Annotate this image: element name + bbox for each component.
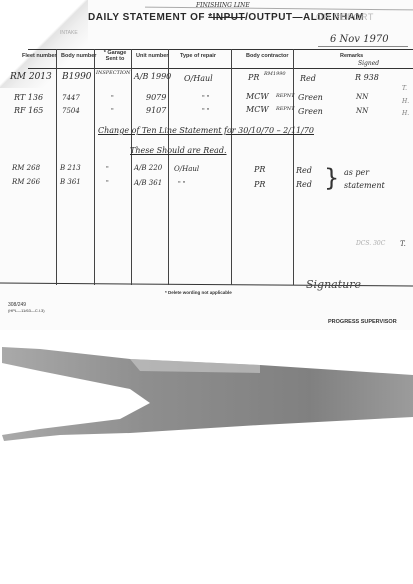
finishing-line-note: FINISHING LINE bbox=[196, 2, 250, 9]
annotation-line1: Change of Ten Line Statement for 30/10/7… bbox=[98, 126, 314, 135]
side-mark: H. bbox=[402, 98, 409, 105]
column-divider bbox=[293, 49, 294, 285]
side-mark: T. bbox=[402, 85, 407, 92]
column-divider bbox=[94, 49, 95, 285]
side-mark: T. bbox=[400, 240, 406, 248]
column-divider bbox=[56, 49, 57, 285]
column-header-contractor: Body contractor bbox=[246, 53, 288, 59]
row5-garage: " bbox=[106, 180, 109, 187]
column-divider bbox=[131, 49, 132, 285]
row1-contractor: PR bbox=[248, 73, 259, 82]
row4-garage: " bbox=[106, 166, 109, 173]
row1-contractor-note: RM1990 bbox=[264, 71, 286, 77]
statement-date: 6 Nov 1970 bbox=[330, 34, 389, 45]
row3-body: 7504 bbox=[62, 107, 80, 115]
row3-fleet: RF 165 bbox=[14, 106, 43, 115]
column-divider bbox=[231, 49, 232, 285]
grouping-brace: } bbox=[324, 164, 339, 192]
row2-remarks: NN bbox=[356, 93, 368, 101]
header-bottom-rule bbox=[28, 68, 413, 69]
row3-unit: 9107 bbox=[146, 106, 166, 115]
column-divider bbox=[168, 49, 169, 285]
date-underline bbox=[318, 46, 408, 47]
row1-unit: A/B 1990 bbox=[134, 72, 171, 81]
row5-repair: " " bbox=[178, 181, 185, 188]
remarks-signature: Signed bbox=[358, 60, 379, 67]
row1-garage: INSPECTION bbox=[96, 70, 130, 76]
row2-fleet: RT 136 bbox=[14, 93, 43, 102]
row2-repair: " " bbox=[202, 95, 209, 102]
progress-supervisor-label: PROGRESS SUPERVISOR bbox=[328, 319, 397, 325]
row4-fleet: RM 268 bbox=[12, 164, 40, 172]
group-remark-line2: statement bbox=[344, 181, 385, 190]
row3-livery: Green bbox=[298, 107, 323, 116]
title-prefix: DAILY STATEMENT OF bbox=[88, 12, 208, 23]
column-header-remarks: Remarks bbox=[340, 53, 363, 59]
statement-sheet: FINISHING LINE DAILY STATEMENT OF *INPUT… bbox=[0, 0, 413, 330]
side-mark: H. bbox=[402, 110, 409, 117]
row3-contractor-note: REPNT bbox=[276, 106, 295, 112]
supervisor-signature: Signature bbox=[306, 278, 361, 291]
row2-contractor: MCW bbox=[246, 92, 269, 101]
row3-contractor: MCW bbox=[246, 105, 269, 114]
row1-body: B1990 bbox=[62, 72, 92, 82]
header-top-rule bbox=[28, 49, 413, 50]
row1-livery: Red bbox=[300, 74, 316, 83]
row4-repair: O/Haul bbox=[174, 165, 199, 173]
row5-unit: A/B 361 bbox=[134, 179, 162, 187]
row4-unit: A/B 220 bbox=[134, 164, 162, 172]
column-header-repair: Type of repair bbox=[180, 53, 216, 59]
row2-body: 7447 bbox=[62, 94, 80, 102]
column-header-garage: * Garage Sent to bbox=[100, 50, 130, 62]
row4-body: B 213 bbox=[60, 164, 81, 172]
row2-livery: Green bbox=[298, 93, 323, 102]
row2-garage: " bbox=[111, 95, 114, 102]
row5-fleet: RM 266 bbox=[12, 178, 40, 186]
row4-contractor: PR bbox=[254, 165, 265, 174]
scan-artifact-shadow bbox=[0, 345, 413, 445]
row5-contractor: PR bbox=[254, 180, 265, 189]
column-header-body: Body number bbox=[61, 53, 96, 59]
row1-fleet: RM 2013 bbox=[10, 72, 52, 82]
annotation-line2: These Should are Read. bbox=[130, 146, 227, 155]
row3-garage: " bbox=[111, 108, 114, 115]
row2-unit: 9079 bbox=[146, 93, 166, 102]
column-header-fleet: Fleet number bbox=[22, 53, 57, 59]
column-header-unit: Unit number bbox=[136, 53, 168, 59]
row3-repair: " " bbox=[202, 108, 209, 115]
row1-remarks: R 938 bbox=[355, 73, 379, 82]
form-print-code: (HPL—11/63—C.I.3) bbox=[8, 308, 45, 314]
footnote: * Delete wording not applicable bbox=[165, 290, 232, 295]
group-remark-line1: as per bbox=[344, 168, 369, 177]
faded-note: DCS. 30C bbox=[356, 240, 385, 247]
title-struck: *INPUT bbox=[208, 12, 245, 23]
row3-remarks: NN bbox=[356, 107, 368, 115]
title-faded-text: ON REPORT bbox=[316, 12, 374, 22]
row1-repair: O/Haul bbox=[184, 74, 213, 83]
row2-contractor-note: REPNT bbox=[276, 93, 295, 99]
row5-body: B 361 bbox=[60, 178, 81, 186]
form-number: 308/249 (HPL—11/63—C.I.3) bbox=[8, 302, 45, 314]
top-rule bbox=[145, 7, 413, 11]
intake-label: INTAKE bbox=[60, 30, 78, 36]
row5-livery: Red bbox=[296, 180, 312, 189]
row4-livery: Red bbox=[296, 166, 312, 175]
